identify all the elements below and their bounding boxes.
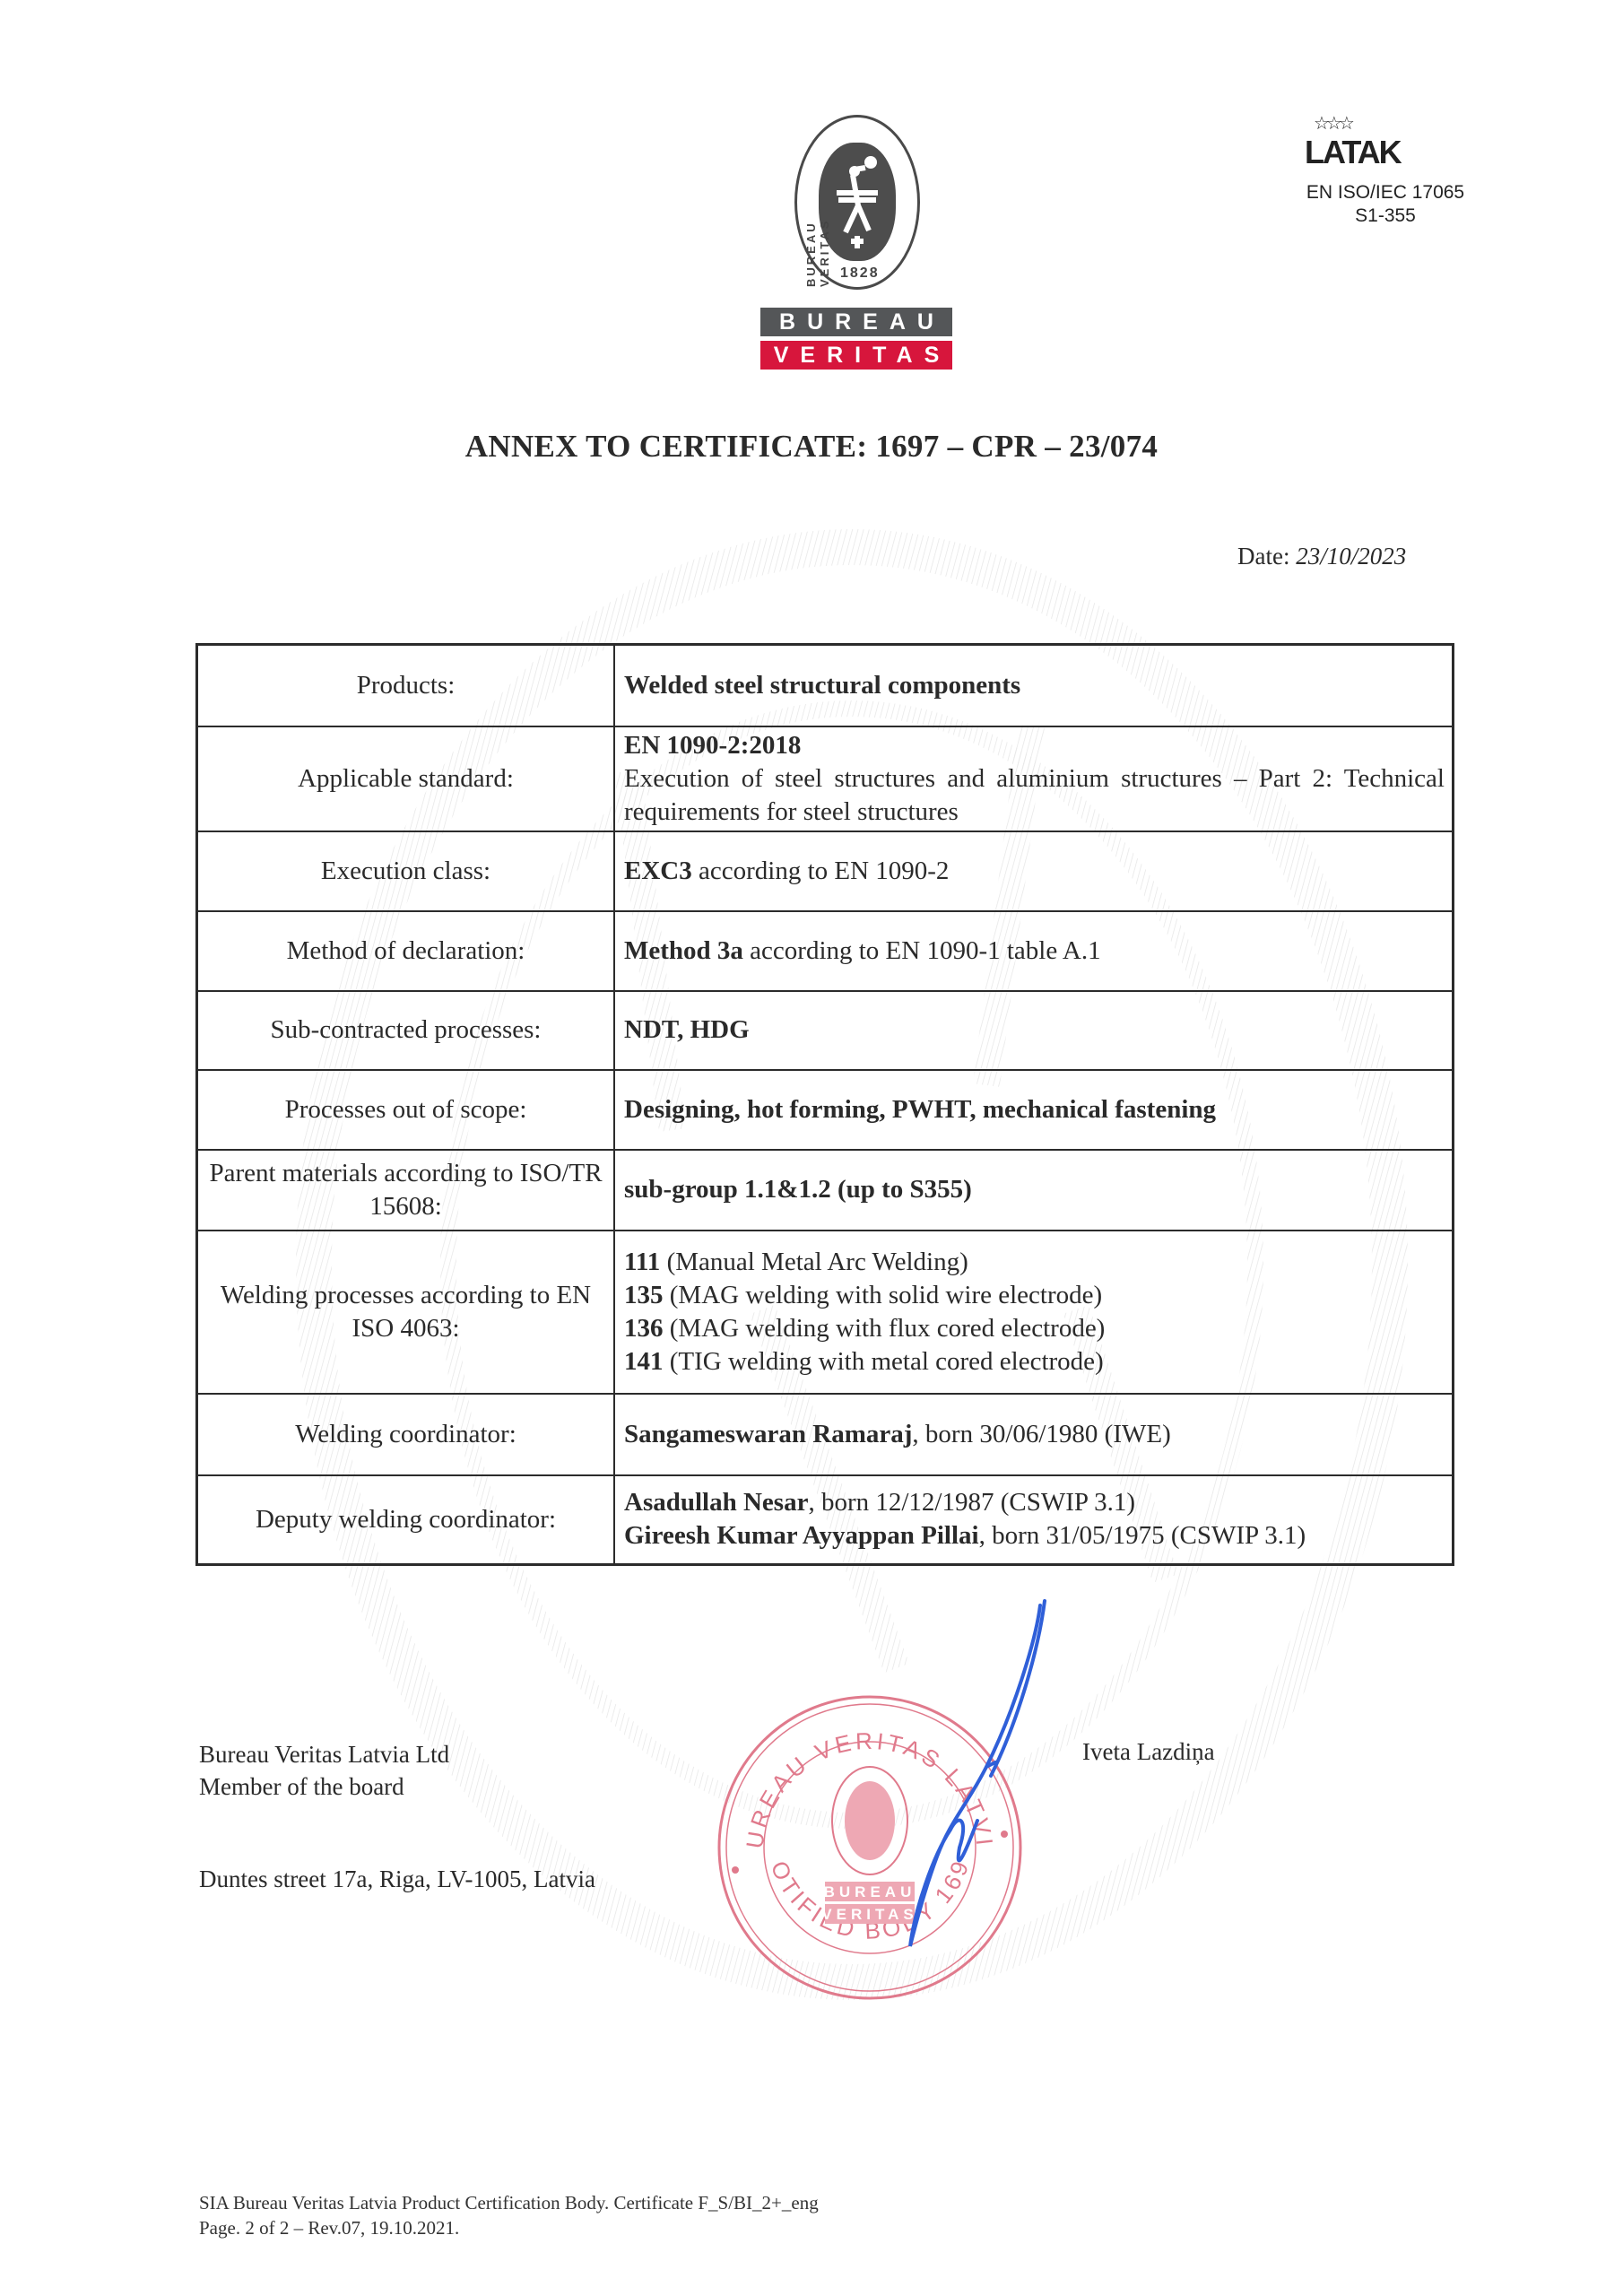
process-code: 141 [624,1347,664,1376]
issuer-block: Bureau Veritas Latvia Ltd Member of the … [199,1738,449,1803]
table-row: Parent materials according to ISO/TR 156… [197,1150,1454,1231]
process-code: 135 [624,1281,664,1309]
row-value: Sangameswaran Ramaraj, born 30/06/1980 (… [614,1394,1454,1475]
certificate-scope-table: Products: Welded steel structural compon… [195,643,1454,1566]
value-bold: Welded steel structural components [624,671,1020,700]
row-label: Processes out of scope: [197,1070,615,1150]
page-title: ANNEX TO CERTIFICATE: 1697 – CPR – 23/07… [0,429,1623,465]
row-label: Applicable standard: [197,726,615,831]
row-value: EXC3 according to EN 1090-2 [614,831,1454,911]
value-bold: EXC3 [624,857,692,885]
bureau-veritas-emblem-icon: BUREAU VERITAS 1828 [794,115,920,290]
welding-process-item: 135 (MAG welding with solid wire electro… [624,1279,1445,1312]
row-value: EN 1090-2:2018 Execution of steel struct… [614,726,1454,831]
row-label: Method of declaration: [197,911,615,991]
row-value: Welded steel structural components [614,645,1454,726]
document-date: Date: 23/10/2023 [1237,543,1406,570]
process-desc: (TIG welding with metal cored electrode) [664,1347,1104,1376]
latak-accreditation: ☆☆☆ LATAK EN ISO/IEC 17065 S1-355 [1278,115,1493,258]
process-code: 111 [624,1248,660,1276]
row-label: Sub-contracted processes: [197,991,615,1070]
row-label: Products: [197,645,615,726]
latak-accreditation-number: S1-355 [1278,204,1493,228]
row-value: Designing, hot forming, PWHT, mechanical… [614,1070,1454,1150]
bureau-veritas-logo: BUREAU VERITAS 1828 BUREAU VERITAS [760,115,952,371]
process-desc: (MAG welding with flux cored electrode) [664,1314,1106,1343]
row-label: Deputy welding coordinator: [197,1475,615,1565]
logo-bar-bureau: BUREAU [760,308,952,336]
value-bold: Designing, hot forming, PWHT, mechanical… [624,1095,1216,1124]
value-bold: EN 1090-2:2018 [624,731,801,760]
signer-name: Iveta Lazdiņa [1082,1738,1215,1766]
emblem-ring-text: BUREAU VERITAS [804,170,831,287]
value-bold: Method 3a [624,936,743,965]
row-label: Execution class: [197,831,615,911]
person-name: Sangameswaran Ramaraj [624,1420,912,1448]
row-label: Welding coordinator: [197,1394,615,1475]
table-row: Deputy welding coordinator: Asadullah Ne… [197,1475,1454,1565]
latak-logo: LATAK [1305,136,1493,169]
footer-page-line: Page. 2 of 2 – Rev.07, 19.10.2021. [199,2215,819,2240]
row-value: sub-group 1.1&1.2 (up to S355) [614,1150,1454,1231]
table-row: Processes out of scope: Designing, hot f… [197,1070,1454,1150]
issuer-company: Bureau Veritas Latvia Ltd [199,1738,449,1770]
table-row: Method of declaration: Method 3a accordi… [197,911,1454,991]
latak-standard: EN ISO/IEC 17065 [1278,181,1493,204]
process-desc: (MAG welding with solid wire electrode) [664,1281,1103,1309]
welding-process-item: 141 (TIG welding with metal cored electr… [624,1345,1445,1378]
page-footer: SIA Bureau Veritas Latvia Product Certif… [199,2190,819,2240]
date-value: 23/10/2023 [1296,543,1406,570]
row-value: Asadullah Nesar, born 12/12/1987 (CSWIP … [614,1475,1454,1565]
issuer-role: Member of the board [199,1770,449,1803]
date-label: Date: [1237,543,1289,570]
table-row: Execution class: EXC3 according to EN 10… [197,831,1454,911]
value-text: according to EN 1090-2 [692,857,950,885]
stars-icon: ☆☆☆ [1314,115,1493,133]
value-text: Execution of steel structures and alumin… [624,764,1445,826]
table-row: Products: Welded steel structural compon… [197,645,1454,726]
row-value: NDT, HDG [614,991,1454,1070]
person-details: , born 12/12/1987 (CSWIP 3.1) [808,1488,1135,1517]
process-code: 136 [624,1314,664,1343]
footer-certificate-line: SIA Bureau Veritas Latvia Product Certif… [199,2190,819,2215]
row-value: 111 (Manual Metal Arc Welding) 135 (MAG … [614,1231,1454,1394]
welding-process-item: 136 (MAG welding with flux cored electro… [624,1312,1445,1345]
table-row: Sub-contracted processes: NDT, HDG [197,991,1454,1070]
person-details: , born 31/05/1975 (CSWIP 3.1) [979,1521,1306,1550]
person-name: Asadullah Nesar [624,1488,808,1517]
table-row: Applicable standard: EN 1090-2:2018 Exec… [197,726,1454,831]
table-row: Welding processes according to EN ISO 40… [197,1231,1454,1394]
value-bold: sub-group 1.1&1.2 (up to S355) [624,1175,972,1204]
logo-bar-veritas: VERITAS [760,341,952,370]
row-label: Parent materials according to ISO/TR 156… [197,1150,615,1231]
process-desc: (Manual Metal Arc Welding) [660,1248,968,1276]
issuer-address: Duntes street 17a, Riga, LV-1005, Latvia [199,1865,595,1893]
row-label: Welding processes according to EN ISO 40… [197,1231,615,1394]
emblem-year: 1828 [840,265,880,282]
welding-process-item: 111 (Manual Metal Arc Welding) [624,1246,1445,1279]
table-row: Welding coordinator: Sangameswaran Ramar… [197,1394,1454,1475]
person-name: Gireesh Kumar Ayyappan Pillai [624,1521,979,1550]
value-text: according to EN 1090-1 table A.1 [743,936,1101,965]
person-details: , born 30/06/1980 (IWE) [912,1420,1170,1448]
signature-icon [834,1587,1067,1964]
row-value: Method 3a according to EN 1090-1 table A… [614,911,1454,991]
value-bold: NDT, HDG [624,1015,750,1044]
